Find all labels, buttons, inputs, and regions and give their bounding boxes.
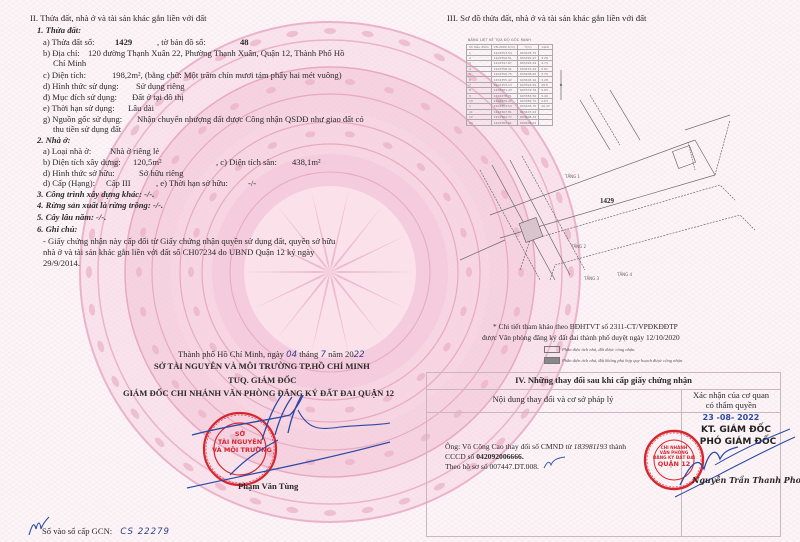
floor-label-3: TẦNG 3: [584, 274, 599, 284]
coord-table-title: BẢNG LIỆT KÊ TỌA ĐỘ GÓC RANH: [468, 38, 531, 42]
parcel-number: 1429: [115, 37, 132, 47]
floor-label-2: TẦNG 2: [571, 242, 586, 252]
change-entry-line1: Ông: Võ Công Cao thay đổi số CMND từ 183…: [445, 442, 626, 452]
coord-cell: 603407.04: [517, 109, 538, 114]
build-area-value: 120,5m²: [133, 157, 162, 167]
north-arrow-icon: [558, 68, 564, 102]
notes-line3: 29/9/2014.: [43, 258, 80, 268]
col-header-confirm-line1: Xác nhận của cơ quan: [681, 390, 781, 400]
use-form-label: d) Hình thức sử dụng:: [43, 81, 119, 91]
land-heading: 1. Thửa đất:: [37, 25, 81, 35]
section-iii-title: III. Sơ đồ thửa đất, nhà ở và tài sản kh…: [447, 13, 647, 23]
date-day: 04: [286, 350, 297, 360]
own-term-label: , e) Thời hạn sở hữu:: [156, 178, 228, 188]
area-label: c) Diện tích:: [43, 70, 86, 80]
change-entry-line2: CCCD số 042092006666.: [445, 452, 524, 462]
floor-label-1: TẦNG 1: [565, 172, 580, 182]
confirm-title-line1: KT. GIÁM ĐỐC: [686, 425, 786, 435]
term-value: Lâu dài: [128, 103, 154, 113]
ownership-value: Sở hữu riêng: [139, 168, 184, 178]
coord-cell: [539, 120, 553, 125]
address-value-line1: 120 đường Thạnh Xuân 22, Phường Thạnh Xu…: [88, 48, 344, 58]
legend-recognized-swatch: [544, 346, 560, 353]
notes-line1: - Giấy chứng nhận này cấp đổi từ Giấy ch…: [43, 236, 335, 246]
use-form-value: Sử dụng riêng: [136, 81, 185, 91]
seal-text-mid: TÀI NGUYÊN: [212, 438, 268, 446]
map-sheet-label: , tờ bản đồ số:: [157, 37, 206, 47]
address-label: b) Địa chỉ:: [43, 48, 80, 58]
section-ii-title: II. Thửa đất, nhà ở và tài sản khác gắn …: [30, 13, 207, 23]
coord-cell: 1202383.61: [491, 120, 517, 125]
year-prefix: năm 20: [328, 349, 354, 359]
change-entry-text-suffix: thành: [609, 442, 626, 451]
on-behalf: TUQ. GIÁM ĐỐC: [228, 375, 297, 385]
legend-nonconforming: Phần diện tích nhà, đất không phù hợp qu…: [562, 356, 683, 366]
floor-area-value: 438,1m²: [292, 157, 321, 167]
origin-value-line2: thu tiền sử dụng đất: [53, 124, 121, 134]
coord-cell: 13: [467, 120, 492, 125]
coord-cell: 603408.54: [517, 120, 538, 125]
confirm-title-line2: PHÓ GIÁM ĐỐC: [688, 437, 788, 447]
parcel-label-diagram: 1429: [600, 196, 614, 206]
coord-cell: 603391.97: [517, 55, 538, 60]
registry-number: Số vào sổ cấp GCN: CS 22279: [42, 526, 170, 537]
origin-label: g) Nguồn gốc sử dụng:: [43, 114, 122, 124]
notes-heading: 6. Ghi chú:: [37, 224, 77, 234]
house-type-value: Nhà ở riêng lẻ: [110, 146, 159, 156]
legend-recognized: Phần diện tích nhà, đất được công nhận.: [562, 345, 635, 355]
change-entry-text: Ông: Võ Công Cao thay đổi số CMND từ: [445, 442, 572, 451]
col-header-content: Nội dung thay đổi và cơ sở pháp lý: [426, 394, 680, 404]
date-month: 7: [320, 350, 325, 360]
purpose-value: Đất ở tại đô thị: [132, 92, 184, 102]
cccd-label: CCCD số: [445, 452, 474, 461]
grade-label: d) Cấp (Hạng):: [43, 178, 95, 188]
purpose-label: đ) Mục đích sử dụng:: [43, 92, 117, 102]
parcel-label: a) Thửa đất số:: [43, 37, 95, 47]
production-forest: 4. Rừng sản xuất là rừng trồng: -/-.: [37, 200, 163, 210]
registry-label: Số vào sổ cấp GCN:: [42, 526, 112, 536]
seal-text-bottom: VÀ MÔI TRƯỜNG: [212, 446, 268, 454]
confirm-signer-name: Nguyễn Trần Thanh Phong: [692, 475, 800, 485]
coord-cell: 603415.19: [517, 66, 538, 71]
coord-row: 131202383.61603408.54: [467, 120, 553, 125]
coord-header-point: Số hiệu điểm: [467, 45, 492, 50]
place-date: Thành phố Hồ Chí Minh, ngày 04 tháng 7 n…: [178, 349, 365, 360]
agency-name: SỞ TÀI NGUYÊN VÀ MÔI TRƯỜNG TP.HỒ CHÍ MI…: [154, 361, 370, 371]
coord-cell: 603383.75: [517, 98, 538, 103]
place-date-prefix: Thành phố Hồ Chí Minh, ngày: [178, 349, 284, 359]
perennial-trees: 5. Cây lâu năm: -/-.: [37, 212, 106, 222]
coord-cell: 603393.26: [517, 82, 538, 87]
section-iv-title: IV. Những thay đổi sau khi cấp giấy chứn…: [426, 375, 781, 385]
date-year: 22: [354, 350, 365, 360]
coord-cell: 603403.75: [517, 104, 538, 109]
coord-cell: 603408.34: [517, 115, 538, 120]
coord-cell: 603383.56: [517, 93, 538, 98]
footnote-line1: * Chi tiết tham khảo theo BĐHTVT số 2311…: [493, 322, 678, 332]
build-area-label: b) Diện tích xây dựng:: [43, 157, 121, 167]
cccd-number: 042092006666.: [476, 452, 523, 461]
signer-position: GIÁM ĐỐC CHI NHÁNH VĂN PHÒNG ĐĂNG KÝ ĐẤT…: [123, 388, 394, 398]
house-heading: 2. Nhà ở:: [37, 135, 71, 145]
address-value-line2: Chí Minh: [53, 58, 86, 68]
coord-table: Số hiệu điểm VN-2000 X(m) Y(m) Cạnh 1120…: [466, 44, 553, 126]
grade-value: Cấp III: [106, 178, 131, 188]
footnote-line2: được Văn phòng đăng ký đất đai thành phố…: [482, 333, 680, 343]
own-term-value: -/-: [248, 178, 256, 188]
coord-cell: 603403.75: [517, 50, 538, 55]
ownership-label: d) Hình thức sở hữu:: [43, 168, 115, 178]
legend-nonconforming-swatch: [544, 357, 560, 364]
area-value: 198,2m², (bằng chữ: Một trăm chín mươi t…: [112, 70, 342, 80]
seal-text-top: SỞ: [212, 430, 268, 438]
col-header-confirm-line2: có thẩm quyền: [681, 400, 781, 410]
change-entry-line3: Theo hồ sơ số 007447.DT.008.: [445, 462, 539, 472]
floor-label-4: TẦNG 4: [617, 270, 632, 280]
month-prefix: tháng: [299, 349, 318, 359]
other-works: 3. Công trình xây dựng khác: -/-.: [37, 189, 154, 199]
coord-cell: 603408.06: [517, 71, 538, 76]
map-sheet-number: 48: [240, 37, 249, 47]
floor-area-label: , c) Diện tích sàn:: [216, 157, 277, 167]
term-label: e) Thời hạn sử dụng:: [43, 103, 115, 113]
coord-header-x: VN-2000 X(m): [491, 45, 517, 50]
coord-cell: 603393.44: [517, 61, 538, 66]
land-certificate-page: II. Thửa đất, nhà ở và tài sản khác gắn …: [0, 0, 800, 542]
house-type-label: a) Loại nhà ở:: [43, 146, 91, 156]
registry-value: CS 22279: [120, 527, 170, 537]
old-id-number: 183981193: [574, 442, 608, 451]
district-seal-text-4: QUẬN 12: [650, 460, 698, 468]
coord-cell: 603379.78: [517, 88, 538, 93]
confirm-stamp-date: 23 -08- 2022: [681, 413, 781, 423]
origin-value-line1: Nhận chuyển nhượng đất được Công nhận QS…: [137, 114, 364, 124]
coord-cell: 603405.16: [517, 77, 538, 82]
notes-line2: nhà ở và tài sản khác gắn liền với đất s…: [43, 247, 314, 257]
seal-text: SỞ TÀI NGUYÊN VÀ MÔI TRƯỜNG: [212, 430, 268, 454]
signer-name: Phạm Văn Tùng: [238, 481, 298, 491]
district-seal-text: CHI NHÁNH VĂN PHÒNG ĐĂNG KÝ ĐẤT ĐAI QUẬN…: [650, 445, 698, 468]
